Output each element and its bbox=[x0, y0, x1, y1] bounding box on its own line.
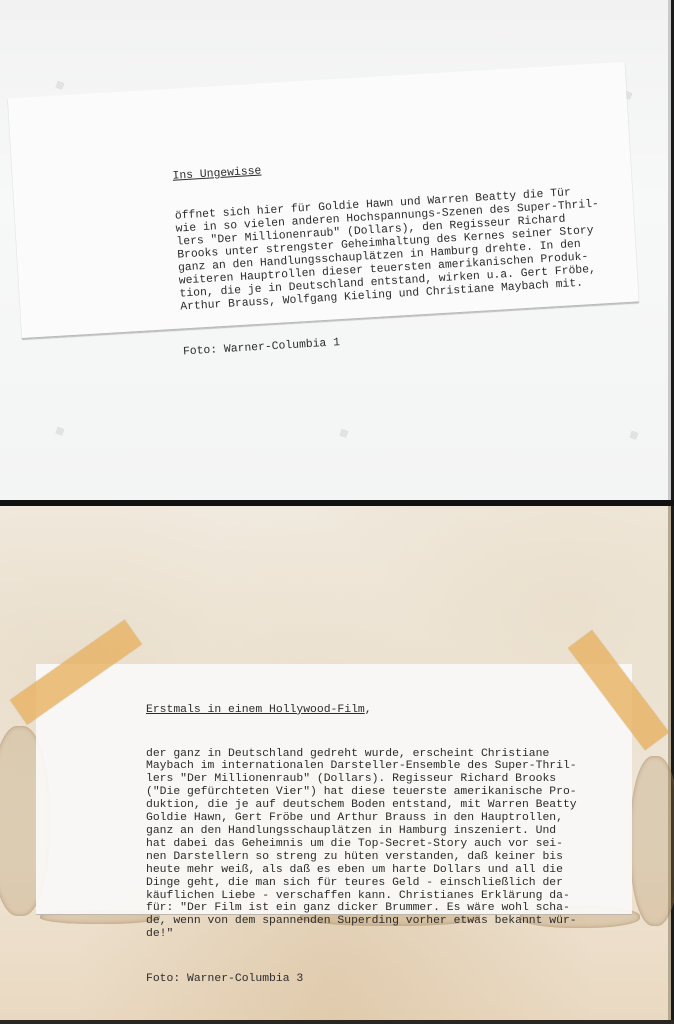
caption-line: hat dabei das Geheimnis um die Top-Secre… bbox=[146, 838, 626, 851]
caption-line: lers "Der Millionenraub" (Dollars). Regi… bbox=[146, 773, 626, 786]
photo-stamp-mark: ▦ bbox=[629, 423, 659, 447]
caption-text-bottom: Erstmals in einem Hollywood-Film, der ga… bbox=[146, 678, 626, 1012]
caption-line: Maybach im internationalen Darsteller-En… bbox=[146, 760, 626, 773]
caption-line: de!" bbox=[146, 928, 626, 941]
caption-line: Dinge geht, die man sich für teures Geld… bbox=[146, 877, 626, 890]
caption-heading: Ins Ungewisse bbox=[172, 144, 622, 184]
caption-heading: Erstmals in einem Hollywood-Film bbox=[146, 704, 365, 716]
photo-stamp-mark: ▦ bbox=[623, 83, 653, 107]
caption-heading-suffix: , bbox=[365, 704, 372, 716]
photo-stamp-mark: ▦ bbox=[55, 419, 85, 443]
photo-credit: Foto: Warner-Columbia 3 bbox=[146, 973, 626, 986]
caption-card-bottom: Erstmals in einem Hollywood-Film, der ga… bbox=[36, 664, 632, 915]
photo-stamp-mark: ▦ bbox=[339, 421, 369, 445]
caption-line: käuflichen Liebe - verschaffen kann. Chr… bbox=[146, 890, 626, 903]
caption-line: Goldie Hawn, Gert Fröbe und Arthur Braus… bbox=[146, 812, 626, 825]
caption-body: der ganz in Deutschland gedreht wurde, e… bbox=[146, 748, 626, 942]
caption-heading-row: Erstmals in einem Hollywood-Film, bbox=[146, 704, 626, 717]
caption-line: ("Die gefürchteten Vier") hat diese teue… bbox=[146, 786, 626, 799]
caption-line: nen Darstellern so streng zu hüten verst… bbox=[146, 851, 626, 864]
caption-line: de, wenn von dem spannenden Superding vo… bbox=[146, 915, 626, 928]
caption-card-top: Ins Ungewisse öffnet sich hier für Goldi… bbox=[8, 62, 639, 339]
caption-line: duktion, die je auf deutschem Boden ents… bbox=[146, 799, 626, 812]
water-stain bbox=[630, 756, 674, 926]
photo-credit: Foto: Warner-Columbia 1 bbox=[183, 320, 633, 360]
top-photo-back: ▦ ▦ ▦ ▦ ▦ ▦ Ins Ungewisse öffnet sich hi… bbox=[0, 0, 671, 500]
caption-line: heute mehr weiß, als daß es eben um hart… bbox=[146, 864, 626, 877]
caption-body: öffnet sich hier für Goldie Hawn und War… bbox=[175, 184, 630, 315]
caption-line: der ganz in Deutschland gedreht wurde, e… bbox=[146, 748, 626, 761]
caption-text-top: Ins Ungewisse öffnet sich hier für Goldi… bbox=[171, 118, 635, 385]
caption-line: ganz an den Handlungsschauplätzen in Ham… bbox=[146, 825, 626, 838]
scan-edge bbox=[0, 1020, 674, 1024]
caption-line: für: "Der Film ist ein ganz dicker Brumm… bbox=[146, 902, 626, 915]
